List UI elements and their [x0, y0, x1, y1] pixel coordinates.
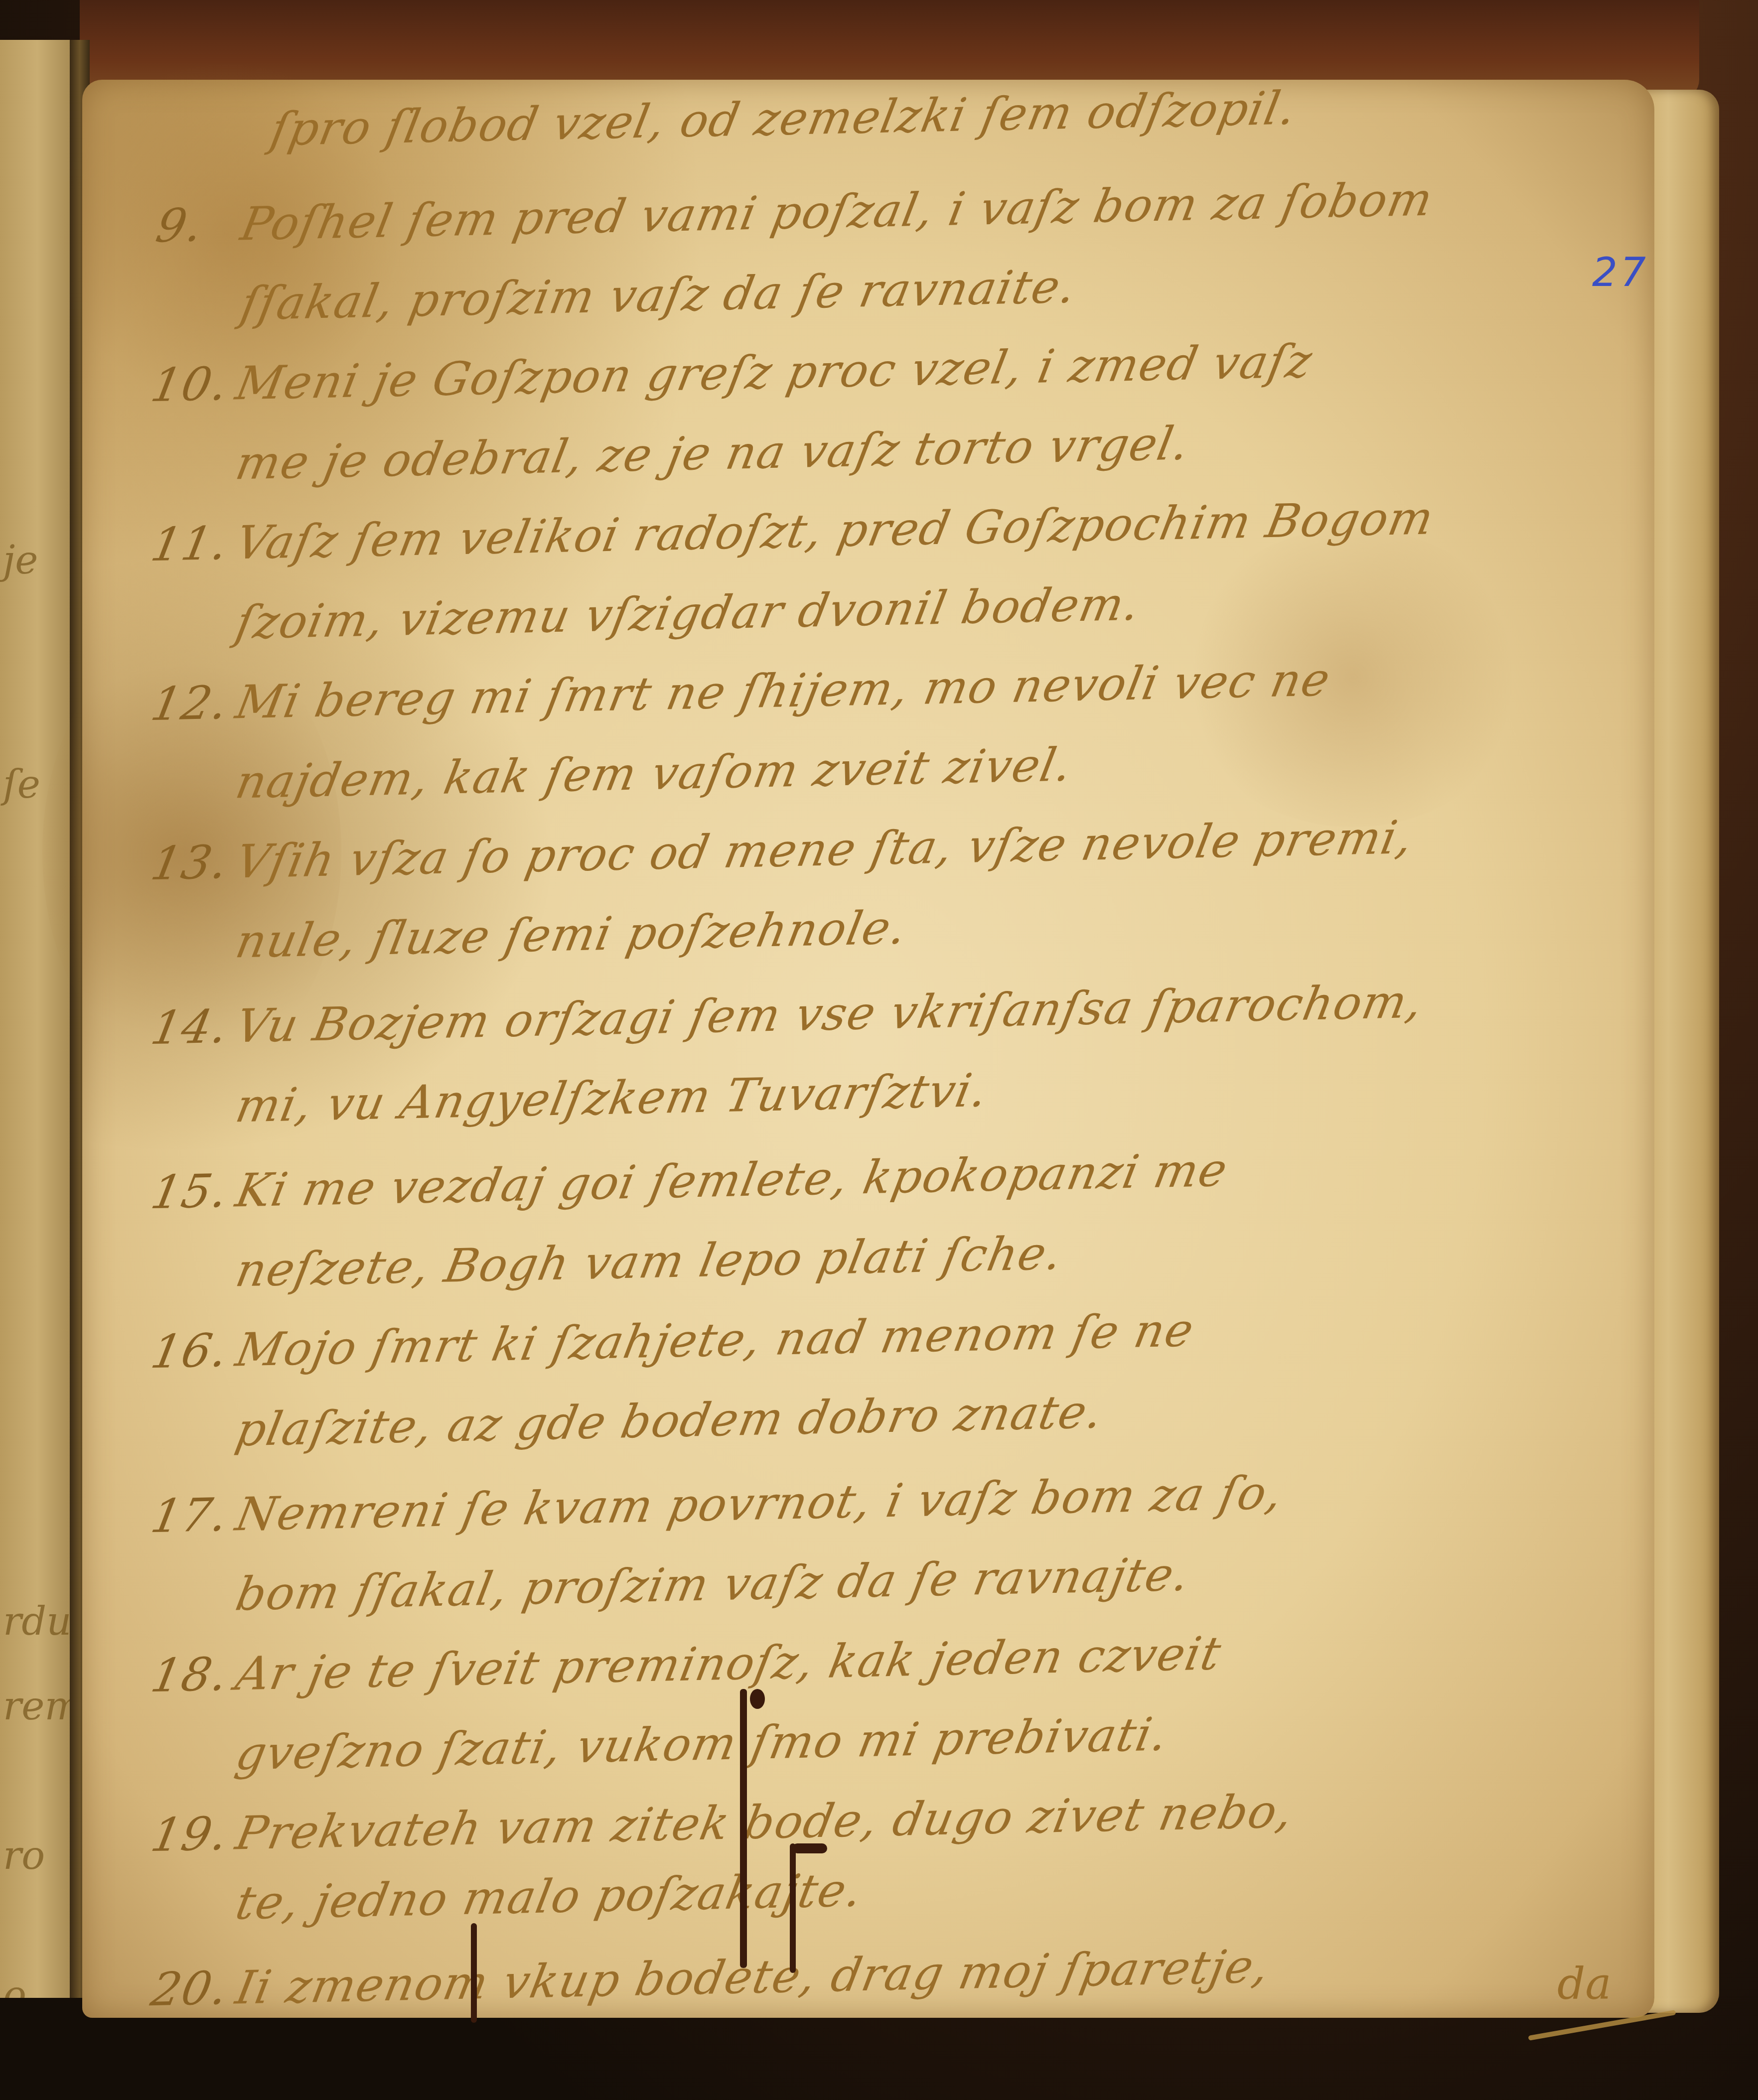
text-line: 17.Nemreni ſe kvam povrnot, i vaſz bom z… — [147, 1466, 1288, 1543]
text-line: me je odebral, ze je na vaſz torto vrgel… — [147, 417, 1194, 492]
text-line: gveſzno ſzati, vukom ſmo mi prebivati. — [147, 1707, 1173, 1782]
text-line: 15.Ki me vezdaj goi ſemlete, kpokopanzi … — [147, 1143, 1232, 1220]
text-line: 18.Ar je te ſveit preminoſz, kak jeden c… — [147, 1627, 1226, 1702]
text-line: 16.Mojo ſmrt ki ſzahjete, nad menom ſe n… — [147, 1303, 1199, 1379]
catchword: da — [1557, 1958, 1611, 2009]
text-line: 19.Prekvateh vam zitek bode, dugo zivet … — [147, 1785, 1298, 1862]
text-line: neſzete, Bogh vam lepo plati ſche. — [147, 1227, 1067, 1299]
text-line: 12.Mi bereg mi ſmrt ne ſhijem, mo nevoli… — [147, 653, 1335, 731]
text-line: bom ſſakal, proſzim vaſz da ſe ravnajte. — [147, 1547, 1194, 1623]
page-number: 27 — [1592, 249, 1649, 295]
ink-drip — [740, 1689, 747, 1968]
text-line: ſpro ſlobod vzel, od zemelzki ſem odſzop… — [182, 81, 1301, 158]
text-line: plaſzite, az gde bodem dobro znate. — [147, 1385, 1108, 1458]
left-page-text: ro — [3, 1833, 45, 1878]
text-line: 20.Ii zmenom vkup bodete, drag moj ſpare… — [147, 1940, 1275, 2016]
text-line: te, jedno malo poſzakajte. — [147, 1863, 867, 1932]
ink-blot — [750, 1689, 765, 1709]
left-page-text: je — [3, 538, 38, 583]
ink-drip — [792, 1843, 827, 1853]
text-line: 14.Vu Bozjem orſzagi ſem vse vkriſanſsa … — [147, 975, 1428, 1055]
ink-drip — [471, 1923, 477, 2023]
left-page-fragment: je ſe rem ro o rdu — [0, 40, 75, 1998]
left-page-text: o — [3, 1973, 26, 1998]
manuscript-page: 27 ſpro ſlobod vzel, od zemelzki ſem odſ… — [82, 80, 1654, 2018]
text-line: ſzoim, vizemu vſzigdar dvonil bodem. — [147, 577, 1145, 651]
left-page-text: rem — [3, 1684, 75, 1729]
text-line: mi, vu Angyelſzkem Tuvarſztvi. — [147, 1064, 993, 1135]
left-page-text: ſe — [3, 762, 40, 807]
left-page-text: rdu — [3, 1599, 71, 1644]
ink-drip — [790, 1843, 796, 1973]
